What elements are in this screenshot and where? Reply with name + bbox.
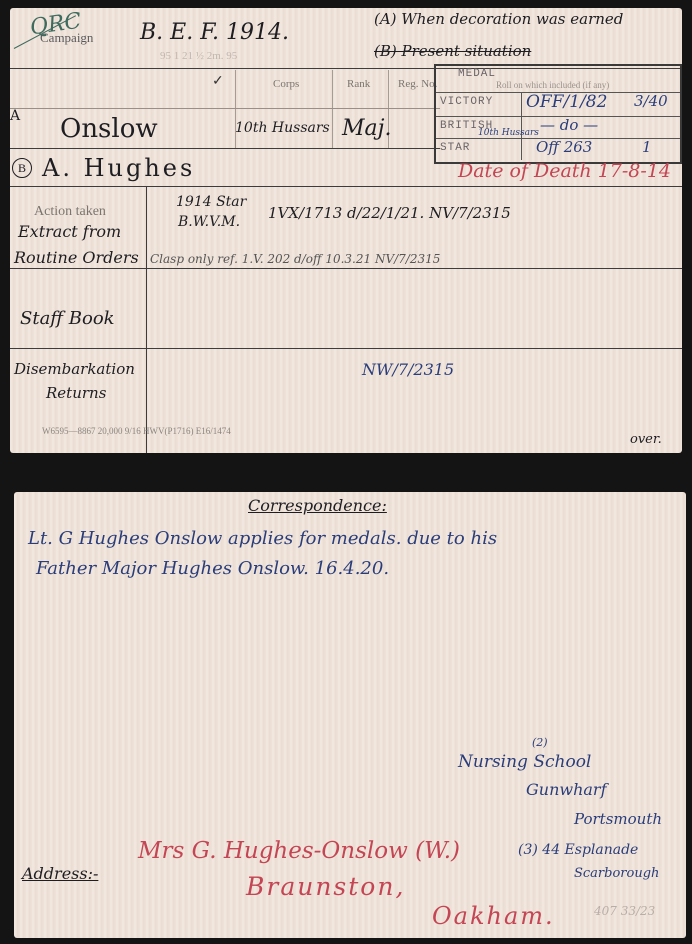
medal-victory: VICTORY [440, 96, 493, 108]
roll-header: Roll on which included (if any) [496, 80, 609, 90]
forename: A. Hughes [42, 154, 195, 182]
corps-header: Corps [273, 78, 299, 90]
row-rule [10, 108, 440, 109]
medal-index-card-front: QRC Campaign B. E. F. 1914. 95 1 21 ½ 2m… [10, 8, 682, 453]
address-3-line-2: Scarborough [574, 866, 659, 881]
action-medal-1: 1914 Star [176, 194, 246, 210]
star-page: 1 [642, 138, 652, 156]
action-taken-label: Action taken [34, 204, 106, 220]
marker-a: A [10, 108, 20, 124]
address-2-line-3: Portsmouth [574, 810, 662, 828]
star-roll: Off 263 [536, 138, 592, 156]
pencil-reference: 407 33/23 [594, 904, 655, 918]
rank-value: Maj. [342, 116, 391, 141]
date-of-death: Date of Death 17-8-14 [458, 160, 671, 182]
surname: Onslow [60, 114, 158, 144]
returns-label: Returns [46, 384, 106, 402]
row-rule [10, 268, 682, 269]
regno-header: Reg. No. [398, 78, 437, 90]
staff-book-label: Staff Book [20, 308, 115, 329]
correspondence-line-2: Father Major Hughes Onslow. 16.4.20. [36, 558, 389, 579]
row-rule [10, 348, 682, 349]
address-label: Address:- [22, 864, 98, 883]
marker-b: B [12, 158, 32, 178]
campaign-value: B. E. F. 1914. [140, 20, 289, 45]
row-rule [10, 148, 440, 149]
victory-page: 3/40 [634, 92, 668, 110]
medal-table: MEDAL Roll on which included (if any) VI… [434, 64, 682, 164]
routine-orders-label: Routine Orders [14, 248, 139, 267]
column-divider [235, 70, 236, 148]
address-red-line-2: Braunston, [246, 872, 405, 901]
address-3-line-1: (3) 44 Esplanade [518, 842, 638, 858]
victory-roll: OFF/1/82 [526, 92, 607, 112]
medal-index-card-back: Correspondence: Lt. G Hughes Onslow appl… [14, 492, 686, 938]
medal-star: STAR [440, 142, 470, 154]
note-when-earned: (A) When decoration was earned [374, 10, 623, 28]
action-medal-2: B.W.V.M. [178, 214, 240, 230]
medal-header: MEDAL [458, 68, 496, 80]
campaign-label: Campaign [40, 30, 93, 46]
address-2-marker: (2) [532, 736, 548, 749]
corps-value: 10th Hussars [235, 120, 330, 136]
label-column-divider [146, 186, 147, 453]
clasp-reference: Clasp only ref. 1.V. 202 d/off 10.3.21 N… [150, 252, 440, 266]
print-reference: W6595—8867 20,000 9/16 HWV(P1716) E16/14… [42, 426, 231, 436]
british-roll: — do — [540, 116, 598, 134]
note-present-situation: (B) Present situation [374, 42, 531, 60]
correspondence-heading: Correspondence: [248, 496, 387, 515]
column-divider [332, 70, 333, 148]
rank-header: Rank [347, 78, 370, 90]
action-reference: 1VX/1713 d/22/1/21. NV/7/2315 [268, 204, 511, 222]
medal-col-rule [521, 92, 522, 160]
address-2-line-1: Nursing School [458, 752, 591, 772]
medal-annotation: 10th Hussars [478, 128, 539, 138]
address-red-line-1: Mrs G. Hughes-Onslow (W.) [138, 838, 460, 864]
over-note: over. [630, 432, 662, 447]
address-2-line-2: Gunwharf [526, 780, 607, 799]
disembarkation-reference: NW/7/2315 [362, 360, 454, 379]
row-rule [10, 186, 682, 187]
correspondence-line-1: Lt. G Hughes Onslow applies for medals. … [28, 528, 497, 549]
faint-reference: 95 1 21 ½ 2m. 95 [160, 50, 237, 62]
disembarkation-label: Disembarkation [14, 360, 135, 378]
address-red-line-3: Oakham. [432, 902, 555, 930]
name-tick: ✓ [212, 73, 224, 90]
extract-from-label: Extract from [18, 222, 121, 241]
